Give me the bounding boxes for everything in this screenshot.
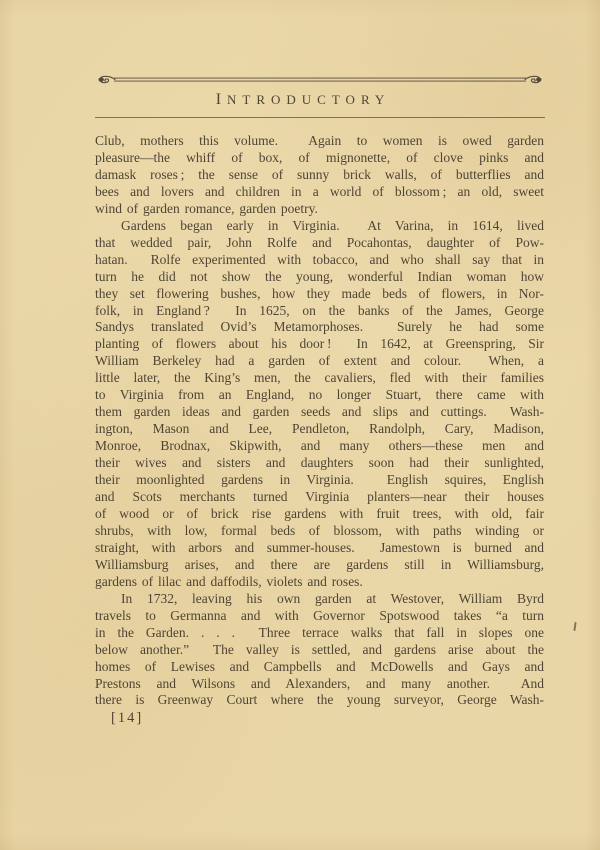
text-line: straight, with arbors and summer-houses.… (95, 540, 544, 557)
left-scroll-ornament (99, 76, 116, 82)
text-line: folk, in England ? In 1625, on the banks… (95, 303, 544, 320)
text-line: in the Garden. . . . Three terrace walks… (95, 625, 544, 642)
text-line: wind of garden romance, garden poetry. (95, 201, 544, 218)
text-line: homes of Lewises and Campbells and McDow… (95, 659, 544, 676)
text-line: Gardens began early in Virginia. At Vari… (95, 218, 544, 235)
text-line: to Virginia from an England, no longer S… (95, 387, 544, 404)
text-line: they set flowering bushes, how they made… (95, 286, 544, 303)
text-line: In 1732, leaving his own garden at Westo… (95, 591, 544, 608)
text-line: them garden ideas and garden seeds and s… (95, 404, 544, 421)
text-line: Sandys translated Ovid’s Metamorphoses. … (95, 319, 544, 336)
text-line: Club, mothers this volume. Again to wome… (95, 133, 544, 150)
book-page: INTRODUCTORY Club, mothers this volume. … (0, 0, 600, 850)
text-line: planting of flowers about his door ! In … (95, 336, 544, 353)
scan-artifact-speck (573, 622, 576, 631)
text-line: below another.” The valley is settled, a… (95, 642, 544, 659)
text-line: Williamsburg arises, and there are garde… (95, 557, 544, 574)
text-line: William Berkeley had a garden of extent … (95, 353, 544, 370)
text-line: hatan. Rolfe experimented with tobacco, … (95, 252, 544, 269)
text-line: and Scots merchants turned Virginia plan… (95, 489, 544, 506)
page-number: [14] (111, 710, 143, 727)
text-line: little later, the King’s men, the cavali… (95, 370, 544, 387)
header-underline-rule (95, 117, 545, 118)
text-line: Monroe, Brodnax, Skipwith, and many othe… (95, 438, 544, 455)
body-text: Club, mothers this volume. Again to wome… (95, 133, 544, 709)
text-line: their wives and sisters and daughters so… (95, 455, 544, 472)
text-line: bees and lovers and children in a world … (95, 184, 544, 201)
text-line: their moonlighted gardens in Virginia. E… (95, 472, 544, 489)
text-line: of wood or of brick rise gardens with fr… (95, 506, 544, 523)
page-header-title: INTRODUCTORY (0, 91, 600, 109)
text-line: Prestons and Wilsons and Alexanders, and… (95, 676, 544, 693)
text-line: travels to Germanna and with Governor Sp… (95, 608, 544, 625)
text-line: that wedded pair, John Rolfe and Pocahon… (95, 235, 544, 252)
text-line: damask roses ; the sense of sunny brick … (95, 167, 544, 184)
text-line: gardens of lilac and daffodils, violets … (95, 574, 544, 591)
text-line: shrubs, with low, formal beds of blossom… (95, 523, 544, 540)
header-ornament-rule (97, 74, 543, 86)
text-line: turn he did not show the young, wonderfu… (95, 269, 544, 286)
text-line: ington, Mason and Lee, Pendleton, Randol… (95, 421, 544, 438)
scroll-rule-icon (97, 74, 543, 86)
text-line: pleasure—the whiff of box, of mignonette… (95, 150, 544, 167)
text-line: there is Greenway Court where the young … (95, 692, 544, 709)
right-scroll-ornament (525, 76, 542, 82)
